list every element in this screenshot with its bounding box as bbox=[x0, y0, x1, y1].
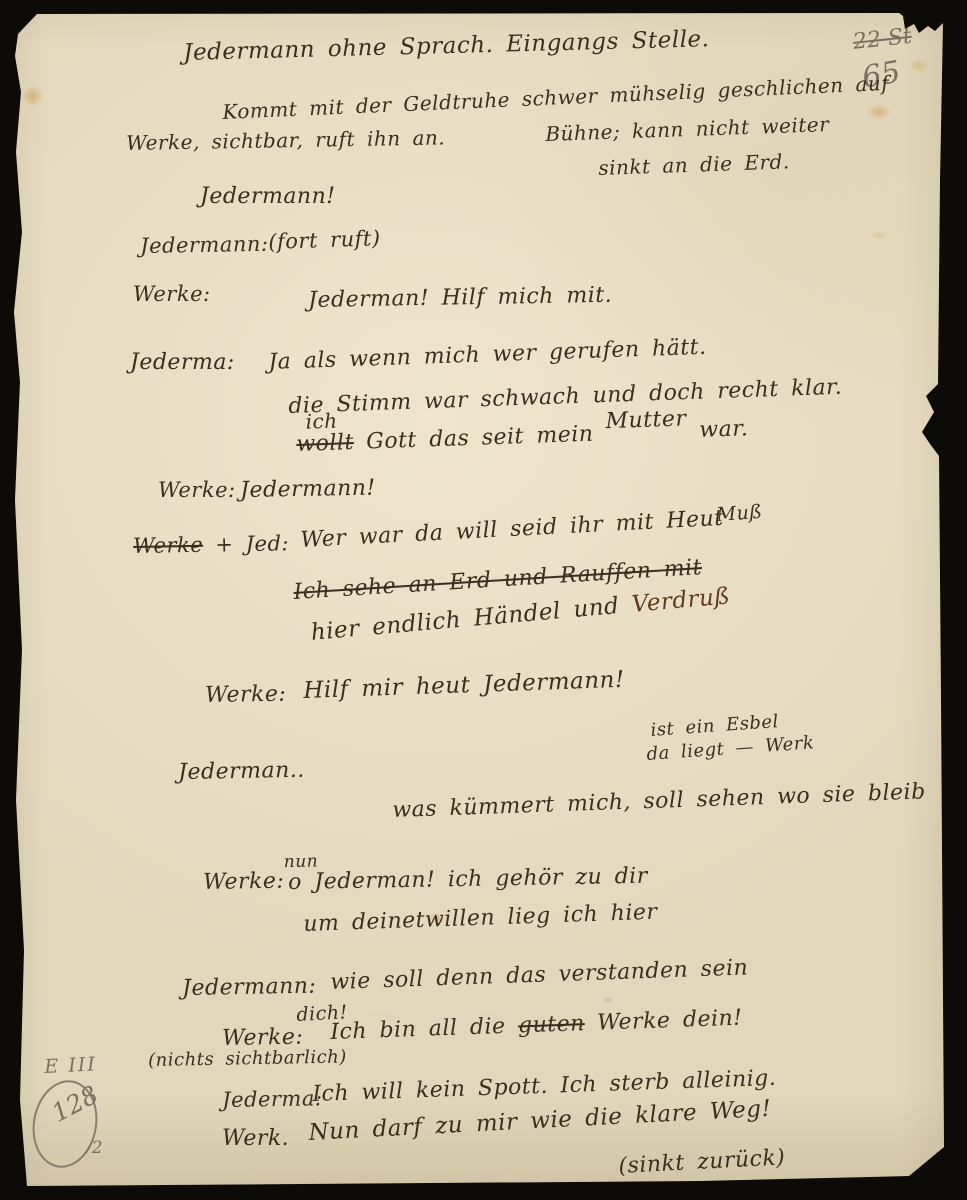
inserted-word: nun bbox=[284, 853, 319, 871]
raised-word: Mutter bbox=[605, 408, 687, 433]
dialogue-text-run: Werke dein! bbox=[597, 1006, 743, 1036]
stage-direction-line: Werke, sichtbar, ruft ihn an. bbox=[126, 127, 445, 153]
speaker-label-werke: Werke: bbox=[158, 480, 236, 501]
call-line: Jedermann! bbox=[200, 186, 336, 208]
pencil-shelfmark-suffix: /2 bbox=[86, 1140, 103, 1157]
dialogue-text-run: war. bbox=[699, 416, 749, 443]
speaker-label-jedermann: Jedermann: bbox=[140, 234, 269, 257]
speaker-label-corrected: Werke + Jed: bbox=[133, 533, 289, 557]
struck-word: guten bbox=[518, 1011, 586, 1038]
stage-direction-line: sinkt an die Erd. bbox=[598, 151, 790, 178]
dialogue-text: Jedermann! bbox=[240, 478, 376, 502]
stage-direction-line: (nichts sichtbarlich) bbox=[148, 1049, 347, 1070]
speaker-label-jedermann: Jederma: bbox=[130, 352, 235, 374]
speaker-label-werke: Werke: bbox=[203, 871, 284, 894]
inserted-word: Muß bbox=[716, 503, 763, 525]
speaker-label-werke: Werk. bbox=[222, 1128, 289, 1150]
speaker-label-werke: Werke: bbox=[133, 284, 211, 305]
speaker-label-werke: Werke: bbox=[205, 684, 286, 707]
struck-word: wollt bbox=[296, 430, 354, 457]
pencil-crossed-number: 22 St bbox=[852, 26, 913, 54]
speaker-label-run: + Jed: bbox=[215, 531, 289, 556]
speaker-label-jedermann: Jedermann: bbox=[182, 976, 317, 1000]
speaker-label-jedermann: Jederman.. bbox=[178, 760, 305, 784]
struck-word: Werke bbox=[133, 533, 203, 558]
manuscript-page: 22 St 65 E III 128 /2 Jedermann ohne Spr… bbox=[0, 0, 967, 1200]
speaker-label-jedermann: Jederma: bbox=[222, 1088, 323, 1111]
dialogue-text: Jederman! Hilf mich mit. bbox=[308, 285, 612, 312]
pencil-shelfmark: E III bbox=[44, 1055, 97, 1077]
dialogue-text: (fort ruft) bbox=[268, 228, 381, 253]
inserted-word: ich bbox=[305, 411, 338, 432]
